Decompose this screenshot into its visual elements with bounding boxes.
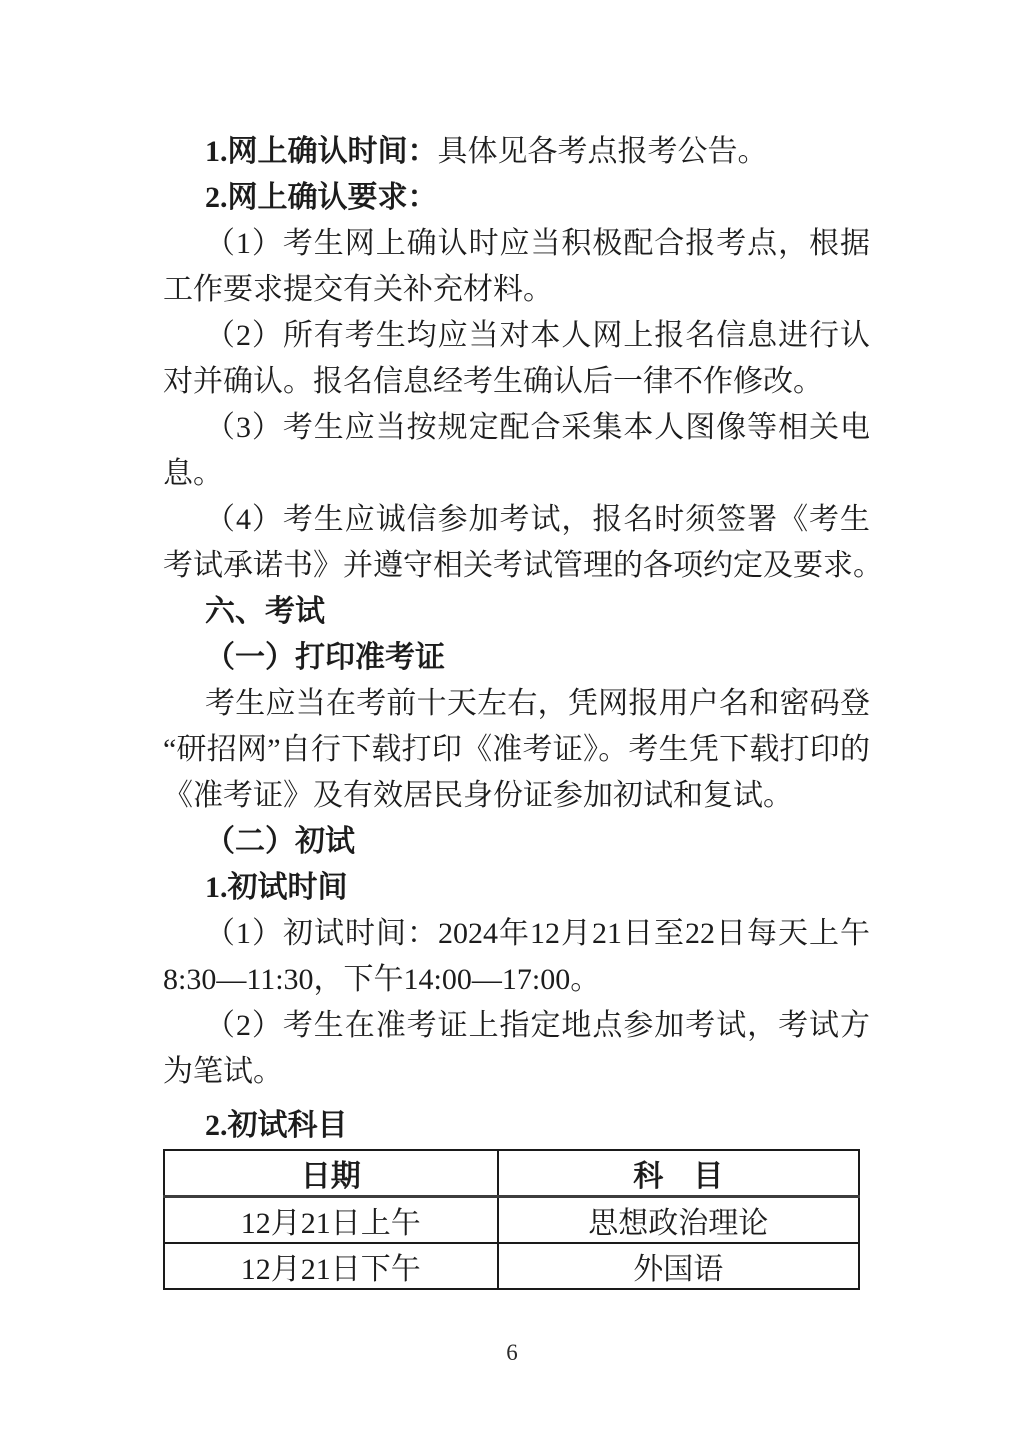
line-bold-text: （一）打印准考证 (205, 641, 445, 674)
line-text: （1）考生网上确认时应当积极配合报考点，根据核验 (205, 227, 870, 267)
section-heading-exam: 六、考试 (163, 589, 870, 635)
line-bold-text: 2.初试科目 (205, 1109, 348, 1142)
line-bold-text: （二）初试 (205, 825, 355, 858)
table-header-date: 日期 (164, 1150, 498, 1197)
doc-line: （2）考生在准考证上指定地点参加考试，考试方式均 (163, 1003, 870, 1049)
line-bold-text: 2.网上确认要求： (205, 181, 438, 214)
table-header-subject: 科 目 (498, 1150, 859, 1197)
table-cell-date: 12月21日上午 (164, 1197, 498, 1244)
line-text: 8:30—11:30，下午14:00—17:00。 (163, 963, 600, 996)
doc-line: （2）所有考生均应当对本人网上报名信息进行认真核 (163, 313, 870, 359)
line-text: 《准考证》及有效居民身份证参加初试和复试。 (163, 779, 793, 812)
doc-line-online-confirm-time: 1.网上确认时间：具体见各考点报考公告。 (163, 129, 870, 175)
doc-line: 考试承诺书》并遵守相关考试管理的各项约定及要求。 (163, 543, 870, 589)
page-number: 6 (0, 1340, 1024, 1366)
line-text: 考试承诺书》并遵守相关考试管理的各项约定及要求。 (163, 549, 870, 582)
line-text: 息。 (163, 457, 223, 490)
table-row: 12月21日上午 思想政治理论 (164, 1197, 859, 1244)
doc-line: （1）考生网上确认时应当积极配合报考点，根据核验 (163, 221, 870, 267)
line-text: （3）考生应当按规定配合采集本人图像等相关电子信 (205, 411, 870, 451)
table-cell-date: 12月21日下午 (164, 1243, 498, 1289)
line-text: （2）考生在准考证上指定地点参加考试，考试方式均 (205, 1009, 870, 1049)
doc-line: 考生应当在考前十天左右，凭网报用户名和密码登录 (163, 681, 870, 727)
doc-line: 《准考证》及有效居民身份证参加初试和复试。 (163, 773, 870, 819)
line-text: （4）考生应诚信参加考试，报名时须签署《考生诚信 (205, 503, 870, 543)
subheading-initial-exam-time: 1.初试时间 (163, 865, 870, 911)
doc-line: （4）考生应诚信参加考试，报名时须签署《考生诚信 (163, 497, 870, 543)
doc-line: （3）考生应当按规定配合采集本人图像等相关电子信 (163, 405, 870, 451)
line-text: （2）所有考生均应当对本人网上报名信息进行认真核 (205, 319, 870, 359)
line-text: 具体见各考点报考公告。 (438, 135, 768, 168)
line-text: 对并确认。报名信息经考生确认后一律不作修改。 (163, 365, 823, 398)
section-heading-print-admission-ticket: （一）打印准考证 (163, 635, 870, 681)
line-text: 工作要求提交有关补充材料。 (163, 273, 553, 306)
table-cell-subject: 外国语 (498, 1243, 859, 1289)
line-text: “研招网”自行下载打印《准考证》。考生凭下载打印的 (163, 733, 870, 766)
line-text: 为笔试。 (163, 1055, 283, 1088)
line-text: （1）初试时间：2024年12月21日至22日每天上午 (205, 917, 870, 950)
doc-line: 息。 (163, 451, 870, 497)
doc-line: 8:30—11:30，下午14:00—17:00。 (163, 957, 870, 1003)
table-header-row: 日期 科 目 (164, 1150, 859, 1197)
document-body: 1.网上确认时间：具体见各考点报考公告。 2.网上确认要求： （1）考生网上确认… (163, 129, 870, 1149)
doc-line: 对并确认。报名信息经考生确认后一律不作修改。 (163, 359, 870, 405)
section-heading-initial-exam: （二）初试 (163, 819, 870, 865)
line-bold-text: 1.初试时间 (205, 871, 348, 904)
exam-schedule-table: 日期 科 目 12月21日上午 思想政治理论 12月21日下午 外国语 (163, 1149, 860, 1290)
table-row: 12月21日下午 外国语 (164, 1243, 859, 1289)
table-cell-subject: 思想政治理论 (498, 1197, 859, 1244)
document-page: 1.网上确认时间：具体见各考点报考公告。 2.网上确认要求： （1）考生网上确认… (0, 0, 1024, 1448)
line-bold-text: 1.网上确认时间： (205, 135, 438, 168)
doc-line-online-confirm-requirements: 2.网上确认要求： (163, 175, 870, 221)
line-text: 考生应当在考前十天左右，凭网报用户名和密码登录 (205, 687, 870, 727)
doc-line: 工作要求提交有关补充材料。 (163, 267, 870, 313)
subheading-initial-exam-subjects: 2.初试科目 (163, 1103, 870, 1149)
doc-line: （1）初试时间：2024年12月21日至22日每天上午 (163, 911, 870, 957)
doc-line: 为笔试。 (163, 1049, 870, 1095)
line-bold-text: 六、考试 (205, 595, 325, 628)
doc-line: “研招网”自行下载打印《准考证》。考生凭下载打印的 (163, 727, 870, 773)
